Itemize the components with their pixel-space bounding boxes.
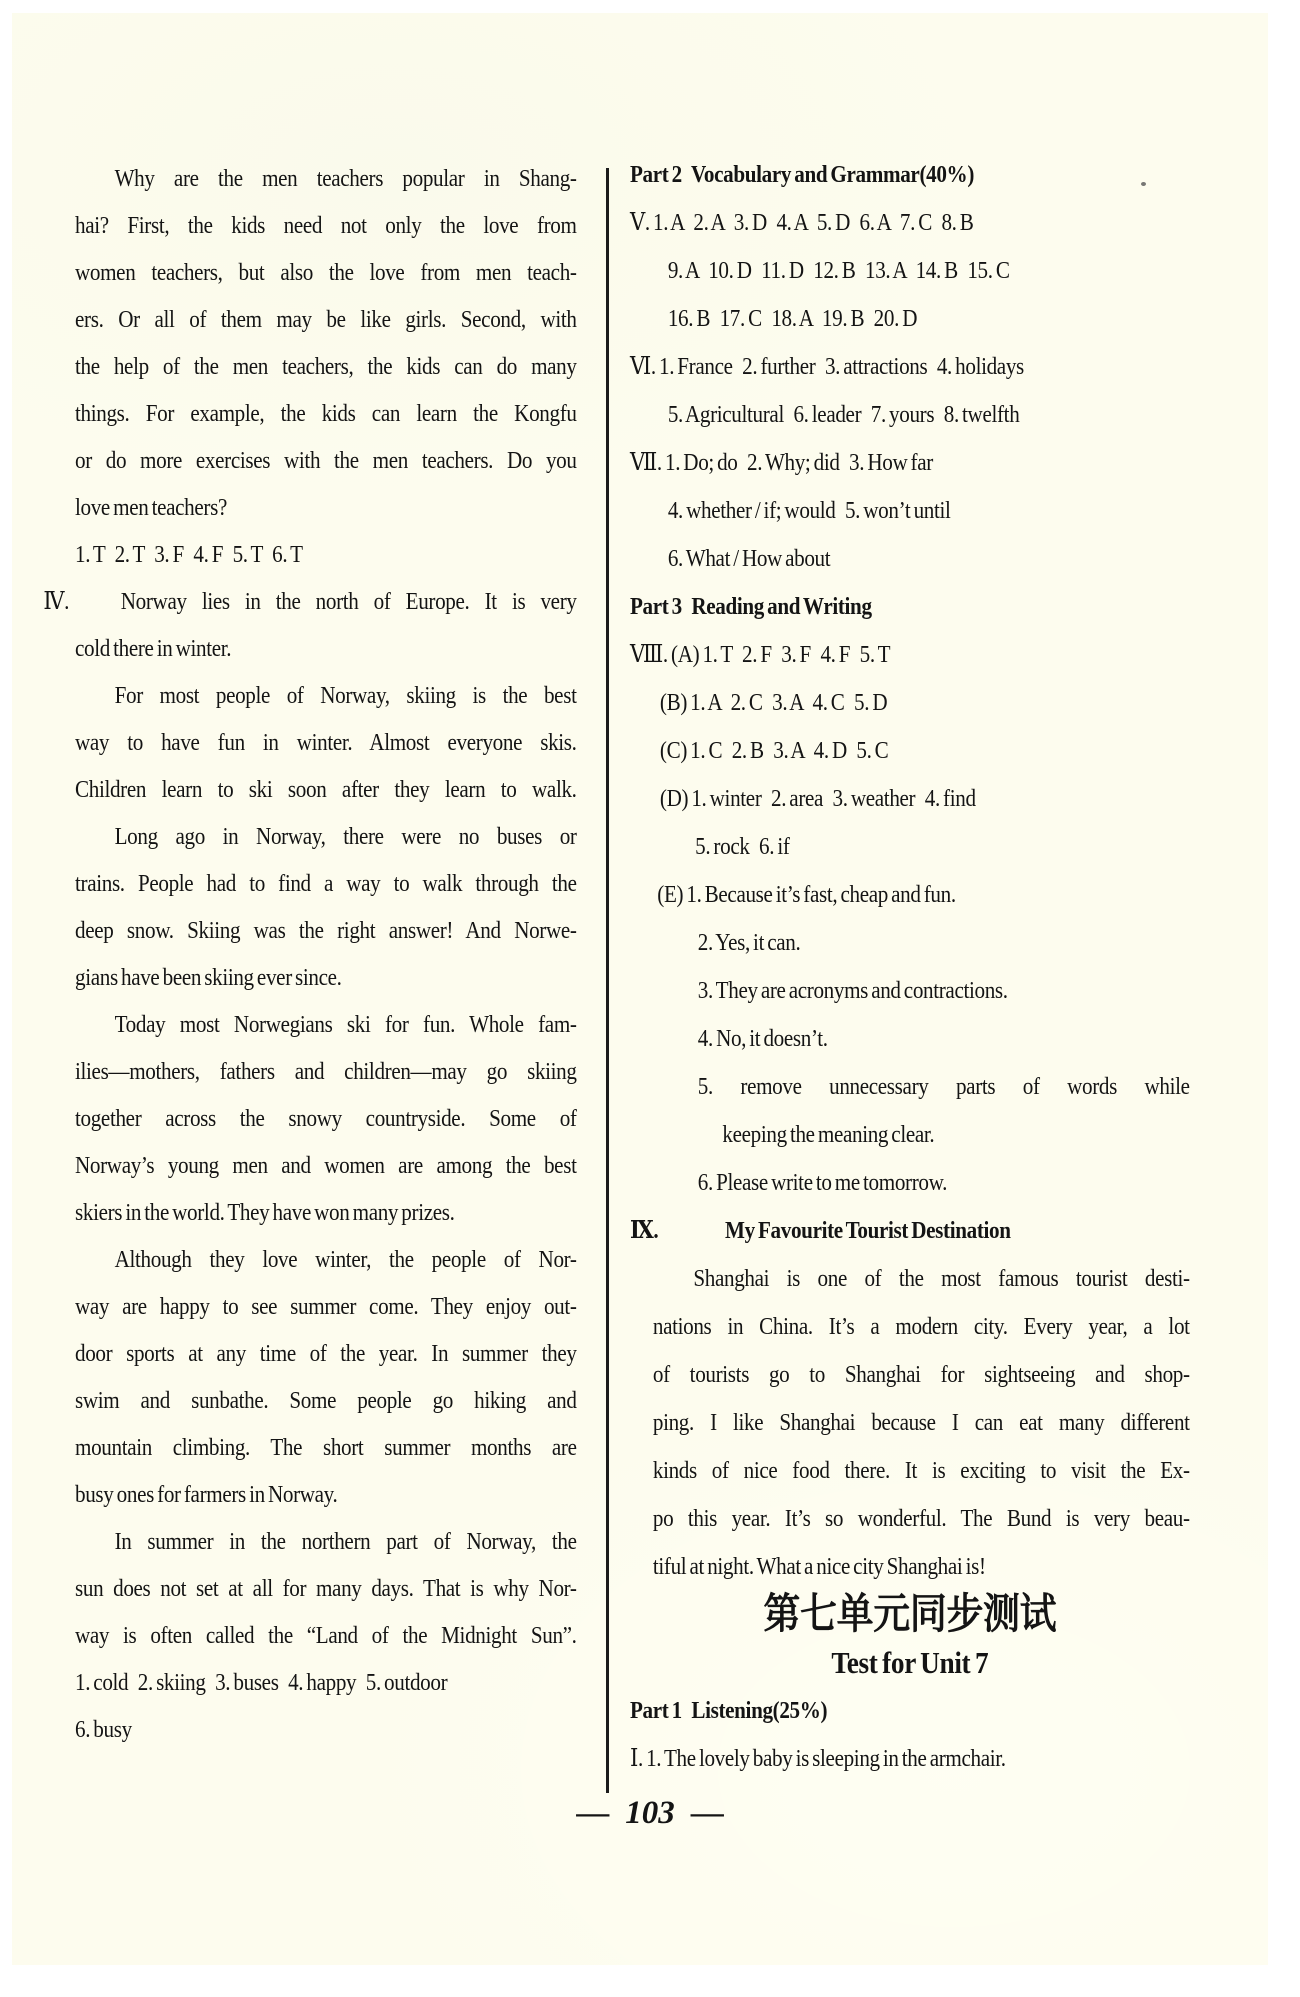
answers-row: 5. remove unnecessary parts of words whi… [630, 1063, 1190, 1111]
line-text: (B) 1. A 2. C 3. A 4. C 5. D [660, 690, 887, 716]
line-text: door sports at any time of the year. In … [75, 1341, 577, 1367]
answers-row: 5. Agricultural 6. leader 7. yours 8. tw… [630, 391, 1190, 439]
line-text: Part 2 Vocabulary and Grammar(40%) [630, 162, 974, 188]
line-text: busy ones for farmers in Norway. [75, 1482, 337, 1508]
line-text: the help of the men teachers, the kids c… [75, 354, 577, 380]
line-text: 5. Agricultural 6. leader 7. yours 8. tw… [668, 402, 1020, 428]
line-text: Ⅵ. 1. France 2. further 3. attractions 4… [630, 354, 1024, 380]
line-text: or do more exercises with the men teache… [75, 448, 577, 474]
text-line: or do more exercises with the men teache… [75, 438, 577, 485]
line-text: together across the snowy countryside. S… [75, 1106, 577, 1132]
line-text: (C) 1. C 2. B 3. A 4. D 5. C [660, 738, 888, 764]
answers-row: Ⅵ. 1. France 2. further 3. attractions 4… [630, 343, 1190, 391]
line-text: 2. Yes, it can. [698, 930, 801, 956]
answers-row: keeping the meaning clear. [630, 1111, 1190, 1159]
text-line: tiful at night. What a nice city Shangha… [630, 1543, 1190, 1591]
text-line: ilies—mothers, fathers and children—may … [75, 1049, 577, 1096]
line-text: tiful at night. What a nice city Shangha… [653, 1554, 986, 1580]
line-text: Test for Unit 7 [831, 1645, 988, 1680]
line-text: In summer in the northern part of Norway… [115, 1529, 577, 1555]
text-line: Although they love winter, the people of… [75, 1237, 577, 1284]
text-line: ers. Or all of them may be like girls. S… [75, 297, 577, 344]
text-line: door sports at any time of the year. In … [75, 1331, 577, 1378]
line-text: keeping the meaning clear. [722, 1122, 934, 1148]
answers-row: 6. busy [75, 1707, 577, 1754]
line-text: Ⅰ. 1. The lovely baby is sleeping in the… [630, 1746, 1006, 1772]
line-text: Part 3 Reading and Writing [630, 594, 872, 620]
text-line: Long ago in Norway, there were no buses … [75, 814, 577, 861]
text-line: sun does not set at all for many days. T… [75, 1566, 577, 1613]
line-text: hai? First, the kids need not only the l… [75, 213, 577, 239]
text-line: of tourists go to Shanghai for sightseei… [630, 1351, 1190, 1399]
text-line: way are happy to see summer come. They e… [75, 1284, 577, 1331]
line-text: love men teachers? [75, 495, 227, 521]
text-line: busy ones for farmers in Norway. [75, 1472, 577, 1519]
line-text: 9. A 10. D 11. D 12. B 13. A 14. B 15. C [668, 258, 1010, 284]
text-line: For most people of Norway, skiing is the… [75, 673, 577, 720]
answers-row: 4. whether / if; would 5. won’t until [630, 487, 1190, 535]
line-text: Norway’s young men and women are among t… [75, 1153, 577, 1179]
answers-row: 16. B 17. C 18. A 19. B 20. D [630, 295, 1190, 343]
line-text: Why are the men teachers popular in Shan… [115, 166, 577, 192]
text-line: nations in China. It’s a modern city. Ev… [630, 1303, 1190, 1351]
line-text: po this year. It’s so wonderful. The Bun… [653, 1506, 1190, 1532]
answers-row: 5. rock 6. if [630, 823, 1190, 871]
text-line: women teachers, but also the love from m… [75, 250, 577, 297]
line-text: of tourists go to Shanghai for sightseei… [653, 1362, 1190, 1388]
line-text: Ⅶ. 1. Do; do 2. Why; did 3. How far [630, 450, 933, 476]
line-text: things. For example, the kids can learn … [75, 401, 577, 427]
left-column: Why are the men teachers popular in Shan… [75, 156, 577, 1754]
text-line: together across the snowy countryside. S… [75, 1096, 577, 1143]
answers-row: 2. Yes, it can. [630, 919, 1190, 967]
line-text: Long ago in Norway, there were no buses … [115, 824, 577, 850]
text-line: swim and sunbathe. Some people go hiking… [75, 1378, 577, 1425]
line-text: cold there in winter. [75, 636, 231, 662]
roman-numeral-label: Ⅸ. [630, 1207, 658, 1255]
answers-row: (D) 1. winter 2. area 3. weather 4. find [630, 775, 1190, 823]
right-column: Part 2 Vocabulary and Grammar(40%)Ⅴ. 1. … [630, 151, 1190, 1783]
line-text: 4. whether / if; would 5. won’t until [668, 498, 951, 524]
answers-row: 3. They are acronyms and contractions. [630, 967, 1190, 1015]
line-text: way are happy to see summer come. They e… [75, 1294, 577, 1320]
line-text: For most people of Norway, skiing is the… [115, 683, 577, 709]
text-line: way is often called the “Land of the Mid… [75, 1613, 577, 1660]
text-line: In summer in the northern part of Norway… [75, 1519, 577, 1566]
line-text: 16. B 17. C 18. A 19. B 20. D [668, 306, 917, 332]
text-line: love men teachers? [75, 485, 577, 532]
text-line: way to have fun in winter. Almost everyo… [75, 720, 577, 767]
line-text: 第七单元同步测试 [763, 1592, 1056, 1638]
text-line: Children learn to ski soon after they le… [75, 767, 577, 814]
answers-row: 9. A 10. D 11. D 12. B 13. A 14. B 15. C [630, 247, 1190, 295]
line-text: 6. What / How about [668, 546, 830, 572]
line-text: 6. Please write to me tomorrow. [698, 1170, 947, 1196]
line-text: My Favourite Tourist Destination [725, 1218, 1011, 1244]
text-line: mountain climbing. The short summer mont… [75, 1425, 577, 1472]
line-text: swim and sunbathe. Some people go hiking… [75, 1388, 577, 1414]
line-text: Norway lies in the north of Europe. It i… [121, 589, 577, 615]
answers-row: 1. T 2. T 3. F 4. F 5. T 6. T [75, 532, 577, 579]
text-line: po this year. It’s so wonderful. The Bun… [630, 1495, 1190, 1543]
line-text: (E) 1. Because it’s fast, cheap and fun. [657, 882, 955, 908]
line-text: Today most Norwegians ski for fun. Whole… [115, 1012, 577, 1038]
answers-row: 1. cold 2. skiing 3. buses 4. happy 5. o… [75, 1660, 577, 1707]
text-line: Shanghai is one of the most famous touri… [630, 1255, 1190, 1303]
line-text: sun does not set at all for many days. T… [75, 1576, 577, 1602]
answers-row: Ⅷ. (A) 1. T 2. F 3. F 4. F 5. T [630, 631, 1190, 679]
line-text: Children learn to ski soon after they le… [75, 777, 577, 803]
roman-numeral-label: Ⅳ. [43, 579, 69, 626]
line-text: 1. T 2. T 3. F 4. F 5. T 6. T [75, 542, 303, 568]
text-line: trains. People had to find a way to walk… [75, 861, 577, 908]
page-number-right-dash: — [691, 1795, 724, 1831]
line-text: Ⅴ. 1. A 2. A 3. D 4. A 5. D 6. A 7. C 8.… [630, 210, 974, 236]
line-text: gians have been skiing ever since. [75, 965, 342, 991]
page-number-value: 103 [609, 1795, 691, 1831]
part1-heading: Part 1 Listening(25%) [630, 1687, 1190, 1735]
line-text: women teachers, but also the love from m… [75, 260, 577, 286]
line-text: Although they love winter, the people of… [115, 1247, 577, 1273]
text-line: Norway’s young men and women are among t… [75, 1143, 577, 1190]
line-text: 3. They are acronyms and contractions. [698, 978, 1008, 1004]
text-line: Today most Norwegians ski for fun. Whole… [75, 1002, 577, 1049]
unit7-chinese-title: 第七单元同步测试 [630, 1591, 1190, 1639]
line-text: mountain climbing. The short summer mont… [75, 1435, 577, 1461]
text-line: Why are the men teachers popular in Shan… [75, 156, 577, 203]
line-text: ilies—mothers, fathers and children—may … [75, 1059, 577, 1085]
text-line: cold there in winter. [75, 626, 577, 673]
line-text: 6. busy [75, 1717, 132, 1743]
answers-row: (E) 1. Because it’s fast, cheap and fun. [630, 871, 1190, 919]
text-line: deep snow. Skiing was the right answer! … [75, 908, 577, 955]
line-text: Part 1 Listening(25%) [630, 1698, 827, 1724]
text-line: gians have been skiing ever since. [75, 955, 577, 1002]
line-text: way is often called the “Land of the Mid… [75, 1623, 577, 1649]
line-text: deep snow. Skiing was the right answer! … [75, 918, 577, 944]
line-text: Shanghai is one of the most famous touri… [693, 1266, 1189, 1292]
text-line: hai? First, the kids need not only the l… [75, 203, 577, 250]
text-line: Norway lies in the north of Europe. It i… [75, 579, 577, 626]
answers-row: Ⅴ. 1. A 2. A 3. D 4. A 5. D 6. A 7. C 8.… [630, 199, 1190, 247]
essay-title: My Favourite Tourist DestinationⅨ. [630, 1207, 1190, 1255]
page-number: —103— [0, 1795, 1300, 1832]
unit7-title: Test for Unit 7 [630, 1639, 1190, 1687]
text-line: things. For example, the kids can learn … [75, 391, 577, 438]
line-text: 1. cold 2. skiing 3. buses 4. happy 5. o… [75, 1670, 447, 1696]
line-text: kinds of nice food there. It is exciting… [653, 1458, 1190, 1484]
answers-row: 6. What / How about [630, 535, 1190, 583]
answers-row: (B) 1. A 2. C 3. A 4. C 5. D [630, 679, 1190, 727]
answers-row: (C) 1. C 2. B 3. A 4. D 5. C [630, 727, 1190, 775]
page-number-left-dash: — [576, 1795, 609, 1831]
column-divider [606, 168, 609, 1793]
line-text: trains. People had to find a way to walk… [75, 871, 577, 897]
answers-row: 6. Please write to me tomorrow. [630, 1159, 1190, 1207]
answers-row: Ⅶ. 1. Do; do 2. Why; did 3. How far [630, 439, 1190, 487]
line-text: 5. remove unnecessary parts of words whi… [698, 1074, 1190, 1100]
text-line: the help of the men teachers, the kids c… [75, 344, 577, 391]
line-text: skiers in the world. They have won many … [75, 1200, 455, 1226]
text-line: skiers in the world. They have won many … [75, 1190, 577, 1237]
line-text: 5. rock 6. if [695, 834, 789, 860]
part2-heading: Part 2 Vocabulary and Grammar(40%) [630, 151, 1190, 199]
line-text: Ⅷ. (A) 1. T 2. F 3. F 4. F 5. T [630, 642, 890, 668]
answers-row: 4. No, it doesn’t. [630, 1015, 1190, 1063]
answers-row: Ⅰ. 1. The lovely baby is sleeping in the… [630, 1735, 1190, 1783]
line-text: (D) 1. winter 2. area 3. weather 4. find [660, 786, 976, 812]
text-line: ping. I like Shanghai because I can eat … [630, 1399, 1190, 1447]
part3-heading: Part 3 Reading and Writing [630, 583, 1190, 631]
text-line: kinds of nice food there. It is exciting… [630, 1447, 1190, 1495]
line-text: nations in China. It’s a modern city. Ev… [653, 1314, 1190, 1340]
line-text: 4. No, it doesn’t. [698, 1026, 828, 1052]
scanned-answer-page: { "colors": { "paper": "#fdfcee", "ink":… [0, 0, 1300, 1997]
line-text: ping. I like Shanghai because I can eat … [653, 1410, 1190, 1436]
line-text: ers. Or all of them may be like girls. S… [75, 307, 577, 333]
line-text: way to have fun in winter. Almost everyo… [75, 730, 577, 756]
